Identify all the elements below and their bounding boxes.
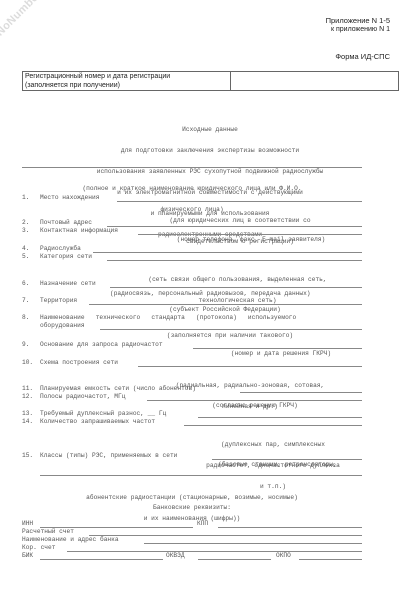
okved-label: ОКВЭД (166, 552, 185, 559)
inn-field[interactable] (40, 520, 193, 528)
registration-number-field[interactable] (231, 72, 398, 90)
okpo-field[interactable] (299, 552, 362, 560)
item-8-hint: (заполняется при наличии такового) (120, 332, 340, 339)
appendix-reference: к приложению N 1 (326, 25, 390, 34)
bik-label: БИК (22, 552, 33, 559)
inn-label: ИНН (22, 520, 33, 527)
okpo-label: ОКПО (276, 552, 291, 559)
duplex-spacing-field[interactable] (198, 410, 362, 418)
document-page: NoNumber.ru Приложение N 1-5 к приложени… (0, 0, 420, 600)
item-15-label: Классы (типы) РЭС, применяемых в сети (40, 452, 177, 459)
item-12-hint: (согласно решению ГКРЧ) (180, 402, 330, 409)
registration-label-line2: (заполняется при получении) (25, 82, 228, 91)
watermark: NoNumber.ru (0, 0, 54, 38)
location-field[interactable] (117, 194, 362, 202)
applicant-name-field[interactable] (22, 160, 362, 168)
kpp-field[interactable] (218, 520, 362, 528)
item-8-label-line1: Наименование технического стандарта (про… (40, 314, 296, 321)
item-11-label: Планируемая емкость сети (число абоненто… (40, 385, 196, 392)
item-9-hint: (номер и дата решения ГКРЧ) (200, 350, 362, 357)
item-9-number: 9. (22, 341, 29, 348)
radio-service-field[interactable] (93, 245, 362, 253)
item-4-label: Радиослужба (40, 245, 81, 252)
item-3-hint: (номер телефона, факс, E-mail заявителя) (140, 236, 362, 243)
item-15-hint-1: (базовые станции, ретрансляторы, (218, 461, 337, 468)
item-14-number: 14. (22, 418, 33, 425)
item-10-label: Схема построения сети (40, 359, 118, 366)
res-classes-field[interactable] (212, 452, 362, 460)
postal-address-field[interactable] (107, 219, 362, 227)
item-8-number: 8. (22, 314, 29, 321)
title-line: для подготовки заключения экспертизы воз… (0, 147, 420, 154)
registration-label-line1: Регистрационный номер и дата регистрации (25, 73, 228, 82)
appendix-number: Приложение N 1-5 (326, 16, 390, 25)
item-7-label: Территория (40, 297, 77, 304)
item-8-label-line2: оборудования (40, 322, 85, 329)
corr-account-label: Кор. счет (22, 544, 55, 551)
network-capacity-field[interactable] (240, 385, 362, 393)
item-10-number: 10. (22, 359, 33, 366)
item-13-number: 13. (22, 410, 33, 417)
frequency-bands-field[interactable] (147, 393, 362, 401)
item-12-label: Полосы радиочастот, МГц (40, 393, 125, 400)
item-1-label: Место нахождения (40, 194, 99, 201)
item-7-hint: (субъект Российской Федерации) (110, 306, 340, 313)
hint-line: (полное и краткое наименование юридическ… (22, 185, 362, 192)
item-7-number: 7. (22, 297, 29, 304)
hint-line: (дуплексных пар, симплексных (184, 441, 362, 448)
item-3-label: Контактная информация (40, 227, 118, 234)
item-4-number: 4. (22, 245, 29, 252)
item-12-number: 12. (22, 393, 33, 400)
network-scheme-field[interactable] (138, 359, 362, 367)
item-14-label: Количество запрашиваемых частот (40, 418, 155, 425)
title-line: Исходные данные (0, 126, 420, 133)
item-6-number: 6. (22, 280, 29, 287)
item-11-number: 11. (22, 385, 33, 392)
item-9-label: Основание для запроса радиочастот (40, 341, 163, 348)
item-3-number: 3. (22, 227, 29, 234)
territory-field[interactable] (89, 297, 362, 305)
network-category-field[interactable] (107, 253, 362, 261)
network-purpose-field[interactable] (110, 280, 362, 288)
corr-account-field[interactable] (67, 544, 362, 552)
technical-standard-field[interactable] (100, 322, 362, 330)
account-field[interactable] (89, 528, 362, 536)
item-15-number: 15. (22, 452, 33, 459)
appendix-header: Приложение N 1-5 к приложению N 1 (326, 16, 390, 34)
registration-table: Регистрационный номер и дата регистрации… (22, 71, 399, 91)
form-name: Форма ИД-СПС (335, 52, 390, 61)
frequency-count-field[interactable] (184, 418, 362, 426)
bank-name-field[interactable] (144, 536, 362, 544)
item-5-number: 5. (22, 253, 29, 260)
okved-field[interactable] (198, 552, 271, 560)
registration-label: Регистрационный номер и дата регистрации… (23, 72, 231, 90)
item-2-label: Почтовый адрес (40, 219, 92, 226)
bank-name-label: Наименование и адрес банка (22, 536, 119, 543)
bik-field[interactable] (40, 552, 163, 560)
bank-details-title: Банковские реквизиты: (22, 504, 362, 511)
kpp-label: КПП (197, 520, 208, 527)
frequency-basis-field[interactable] (193, 341, 362, 349)
item-6-label: Назначение сети (40, 280, 96, 287)
item-2-number: 2. (22, 219, 29, 226)
res-classes-field-2[interactable] (40, 468, 362, 476)
item-1-number: 1. (22, 194, 29, 201)
item-5-label: Категория сети (40, 253, 92, 260)
item-6-hint: (радиосвязь, персональный радиовызов, пе… (110, 290, 311, 297)
account-label: Расчетный счет (22, 528, 74, 535)
hint-line: абонентские радиостанции (стационарные, … (22, 494, 362, 501)
contact-info-field[interactable] (138, 227, 362, 235)
item-13-label: Требуемый дуплексный разнос, __ Гц (40, 410, 166, 417)
